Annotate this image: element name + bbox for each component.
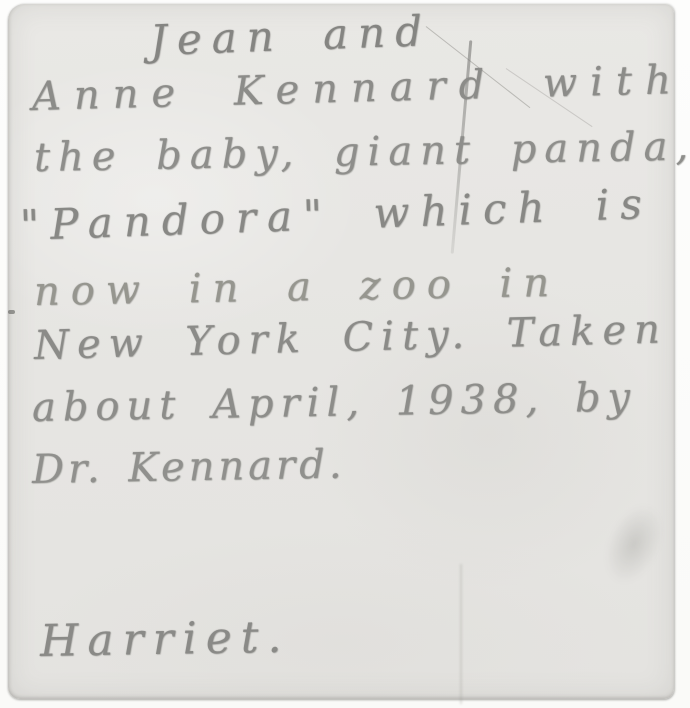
handwritten-line: "Pandora" which is [19,179,653,250]
handwritten-line: now in a zoo in [34,260,561,315]
signature: Harriet. [40,612,291,667]
pencil-speck [8,310,15,314]
scanned-photo-back: Jean and Anne Kennard with the baby, gia… [0,0,690,708]
handwritten-line: Jean and [149,6,433,65]
handwritten-line: New York City. Taken [33,306,668,369]
handwritten-line: Anne Kennard with [31,57,684,120]
handwritten-line: about April, 1938, by [32,374,638,431]
photo-back-paper: Jean and Anne Kennard with the baby, gia… [8,4,674,699]
handwritten-line: Dr. Kennard. [32,442,346,493]
pencil-smudge [593,495,675,593]
handwritten-line: the baby, giant panda, [34,123,690,181]
crease-mark [460,564,462,704]
